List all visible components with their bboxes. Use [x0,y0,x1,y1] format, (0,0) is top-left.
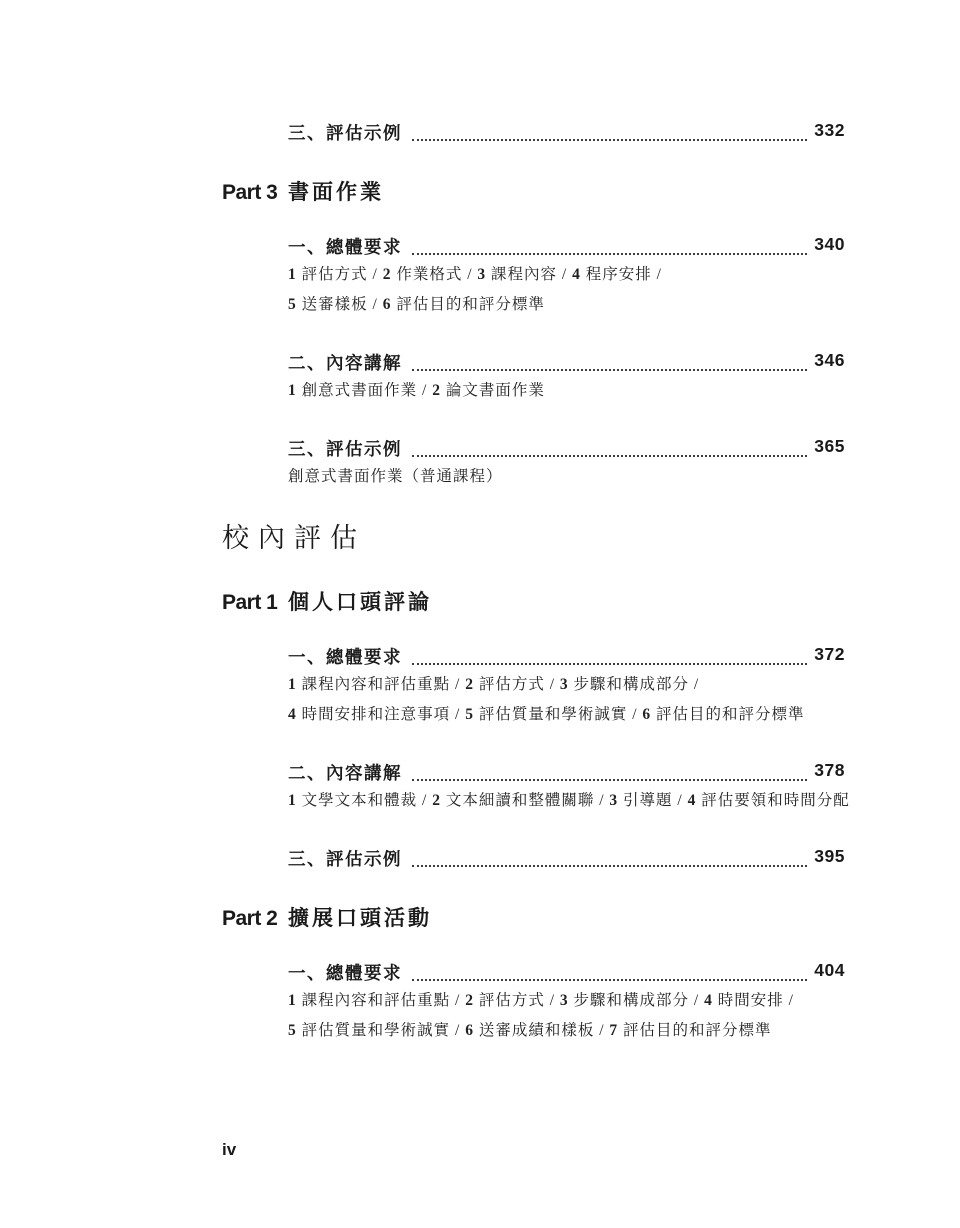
entry-subline: 創意式書面作業（普通課程） [288,462,845,492]
toc-entry: 一、總體要求404 [288,960,845,986]
toc-section-entry: 三、評估示例365創意式書面作業（普通課程） [222,436,845,492]
entry-page-number: 372 [814,644,845,665]
entry-subline: 1 文學文本和體裁 / 2 文本細讀和整體關聯 / 3 引導題 / 4 評估要領… [288,786,845,816]
part-title: 書面作業 [288,176,384,206]
part-title: 擴展口頭活動 [288,902,432,932]
toc-section-chapter: 校內評估 [222,522,845,556]
toc-section-part: Part 1個人口頭評論 [222,586,845,614]
entry-title: 三、評估示例 [288,846,402,871]
entry-title: 二、內容講解 [288,760,402,785]
entry-title: 一、總體要求 [288,234,402,259]
entry-title: 三、評估示例 [288,436,402,461]
part-label: Part 2 [222,907,288,931]
toc-section-entry: 三、評估示例395 [222,846,845,872]
entry-page-number: 378 [814,760,845,781]
entry-subline: 4 時間安排和注意事項 / 5 評估質量和學術誠實 / 6 評估目的和評分標準 [288,700,845,730]
dot-leader [412,663,807,665]
part-heading: Part 2擴展口頭活動 [222,902,845,930]
entry-page-number: 365 [814,436,845,457]
toc-entry: 三、評估示例332 [288,120,845,146]
toc-entry: 二、內容講解346 [288,350,845,376]
dot-leader [412,865,807,867]
entry-page-number: 404 [814,960,845,981]
entry-page-number: 395 [814,846,845,867]
dot-leader [412,139,807,141]
toc-section-part: Part 2擴展口頭活動 [222,902,845,930]
dot-leader [412,455,807,457]
part-label: Part 1 [222,591,288,615]
toc-section-entry: 一、總體要求3401 評估方式 / 2 作業格式 / 3 課程內容 / 4 程序… [222,234,845,320]
dot-leader [412,979,807,981]
entry-title: 一、總體要求 [288,644,402,669]
toc-section-entry: 一、總體要求3721 課程內容和評估重點 / 2 評估方式 / 3 步驟和構成部… [222,644,845,730]
entry-page-number: 340 [814,234,845,255]
dot-leader [412,253,807,255]
dot-leader [412,779,807,781]
part-label: Part 3 [222,181,288,205]
entry-title: 三、評估示例 [288,120,402,145]
entry-subline: 1 創意式書面作業 / 2 論文書面作業 [288,376,845,406]
part-heading: Part 3書面作業 [222,176,845,204]
part-heading: Part 1個人口頭評論 [222,586,845,614]
toc: 三、評估示例332Part 3書面作業一、總體要求3401 評估方式 / 2 作… [222,120,845,1076]
toc-section-entry: 三、評估示例332 [222,120,845,146]
toc-page: 三、評估示例332Part 3書面作業一、總體要求3401 評估方式 / 2 作… [0,0,960,1228]
entry-subline: 5 評估質量和學術誠實 / 6 送審成績和樣板 / 7 評估目的和評分標準 [288,1016,845,1046]
entry-page-number: 346 [814,350,845,371]
part-title: 個人口頭評論 [288,586,432,616]
toc-entry: 一、總體要求340 [288,234,845,260]
toc-section-entry: 二、內容講解3461 創意式書面作業 / 2 論文書面作業 [222,350,845,406]
page-number-folio: iv [222,1140,236,1160]
entry-title: 二、內容講解 [288,350,402,375]
chapter-heading: 校內評估 [222,522,845,556]
toc-entry: 三、評估示例395 [288,846,845,872]
entry-subline: 5 送審樣板 / 6 評估目的和評分標準 [288,290,845,320]
dot-leader [412,369,807,371]
toc-entry: 三、評估示例365 [288,436,845,462]
entry-page-number: 332 [814,120,845,141]
toc-section-entry: 一、總體要求4041 課程內容和評估重點 / 2 評估方式 / 3 步驟和構成部… [222,960,845,1046]
toc-section-entry: 二、內容講解3781 文學文本和體裁 / 2 文本細讀和整體關聯 / 3 引導題… [222,760,845,816]
toc-entry: 一、總體要求372 [288,644,845,670]
entry-title: 一、總體要求 [288,960,402,985]
toc-entry: 二、內容講解378 [288,760,845,786]
entry-subline: 1 課程內容和評估重點 / 2 評估方式 / 3 步驟和構成部分 / [288,670,845,700]
entry-subline: 1 課程內容和評估重點 / 2 評估方式 / 3 步驟和構成部分 / 4 時間安… [288,986,845,1016]
toc-section-part: Part 3書面作業 [222,176,845,204]
entry-subline: 1 評估方式 / 2 作業格式 / 3 課程內容 / 4 程序安排 / [288,260,845,290]
